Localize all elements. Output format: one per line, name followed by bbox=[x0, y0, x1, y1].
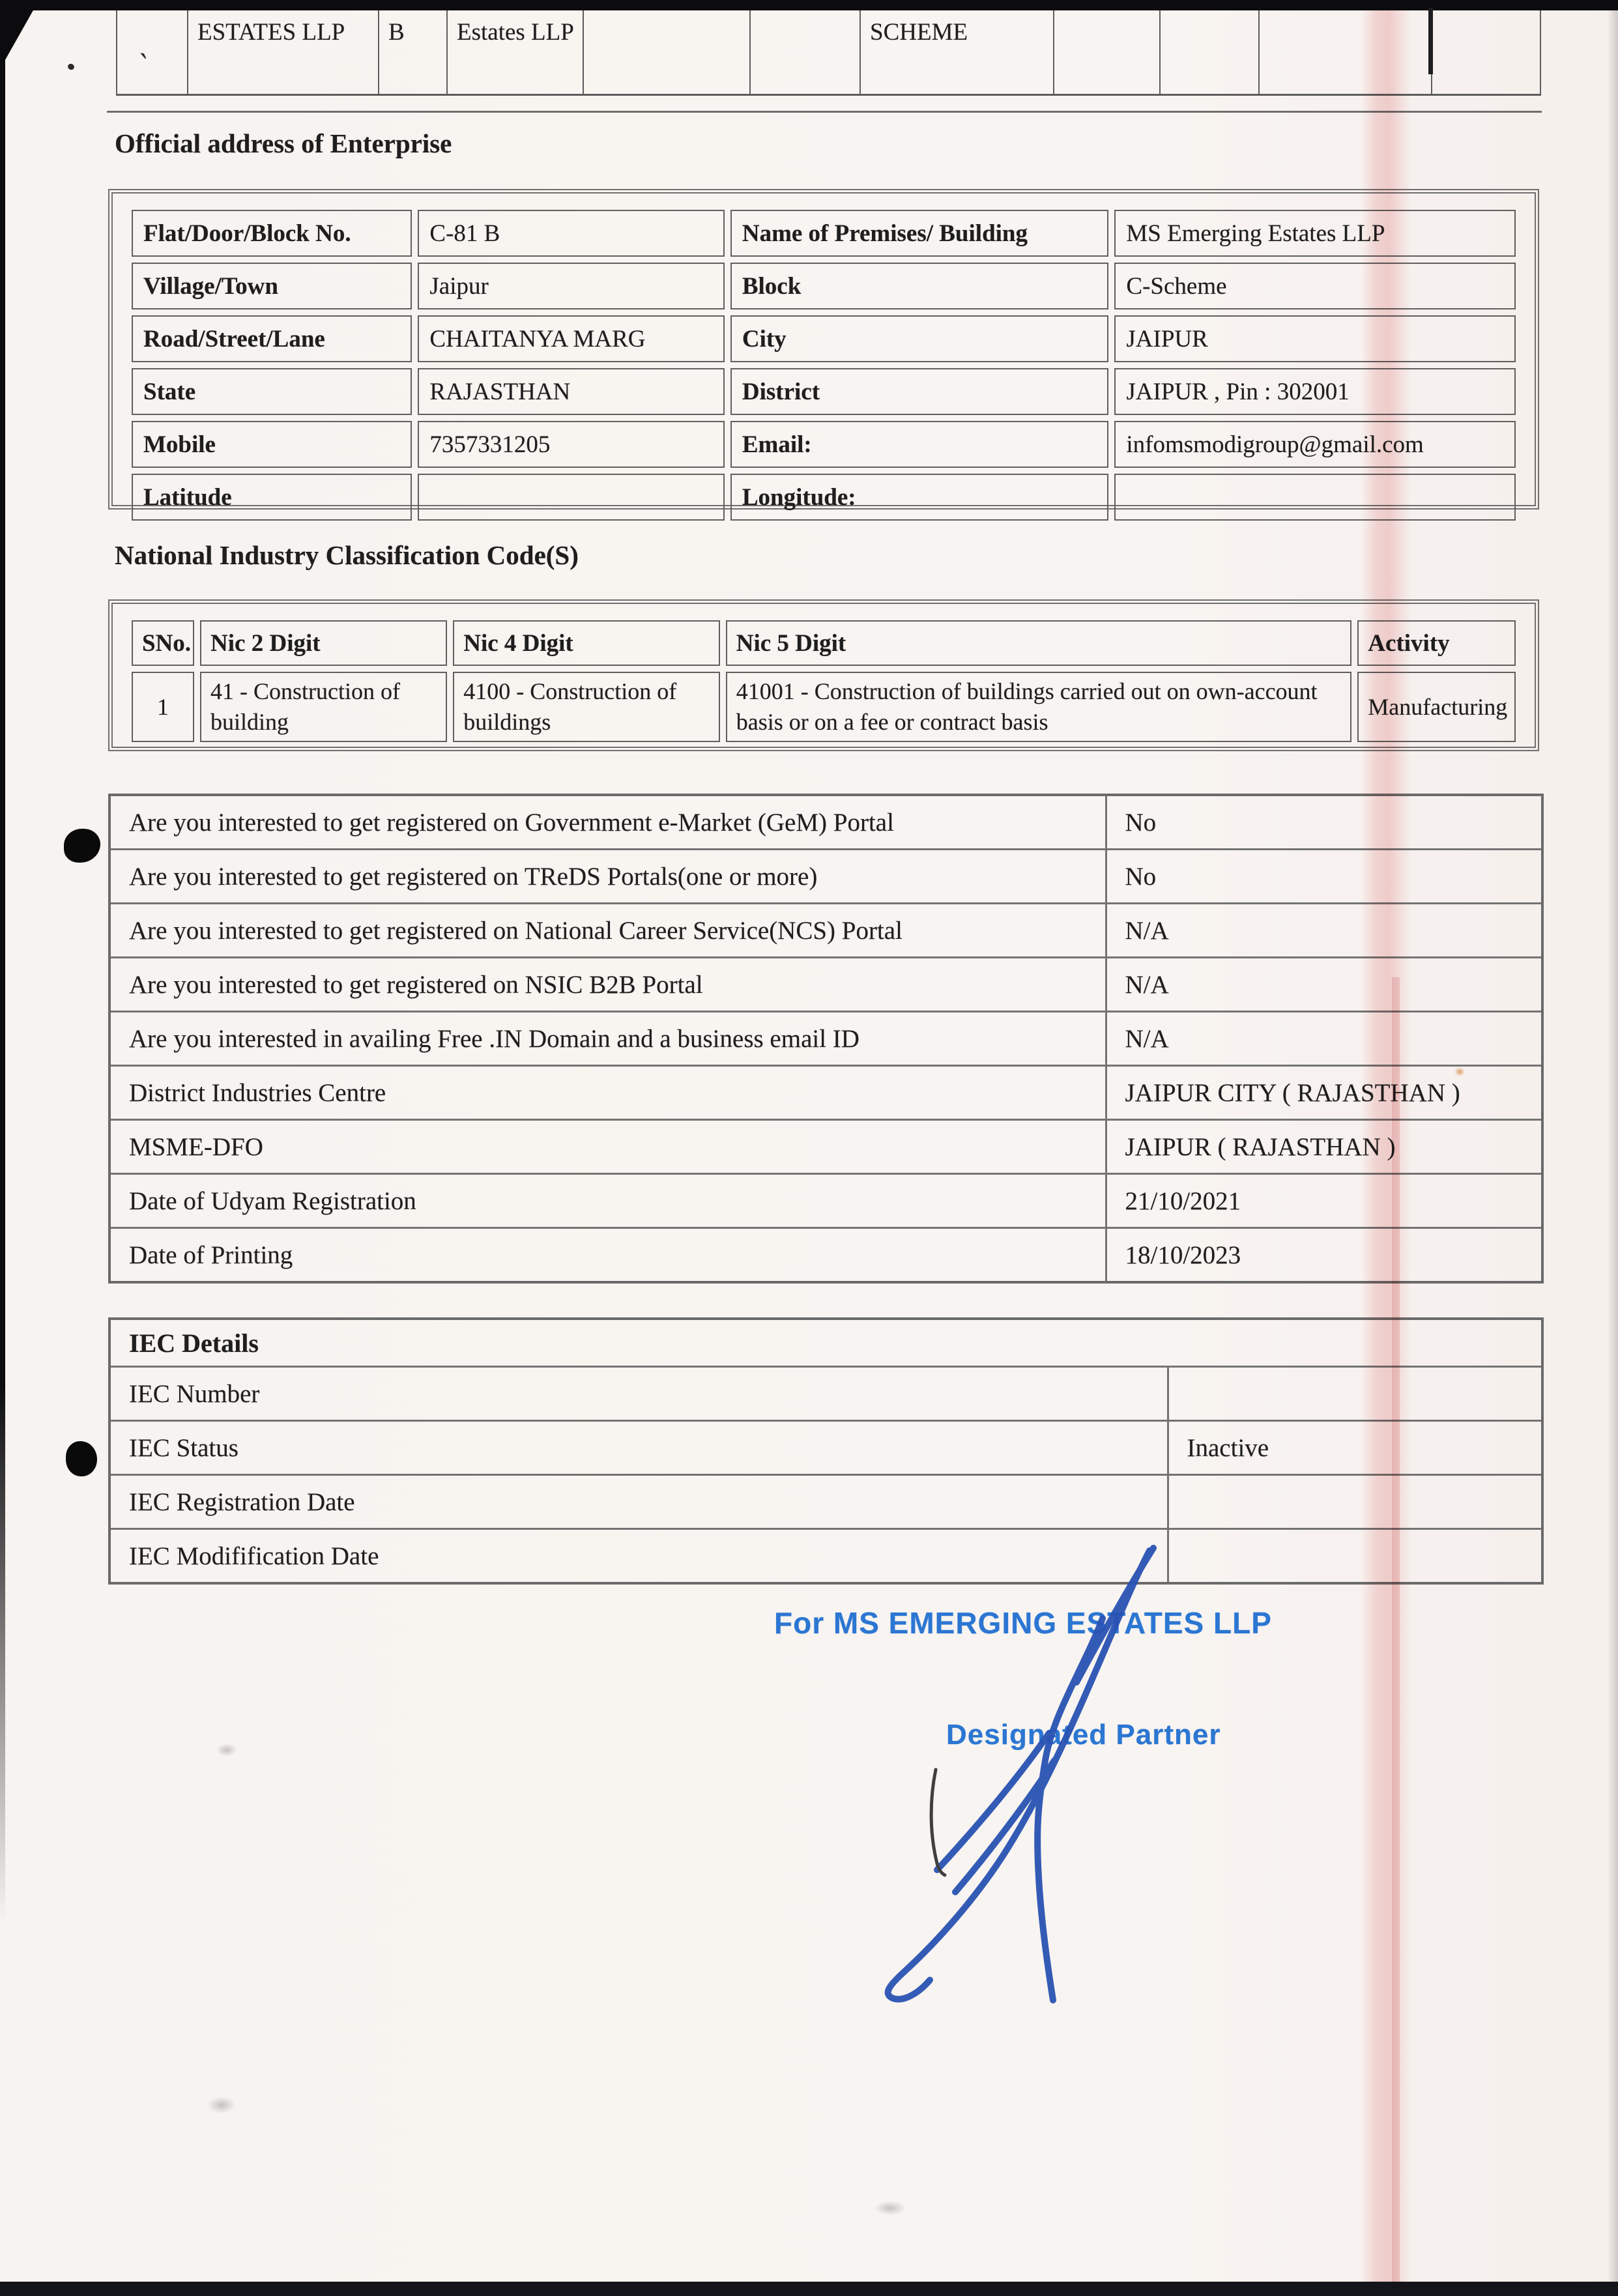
hole-punch bbox=[64, 829, 100, 863]
scanned-document-page: ` ESTATES LLP B Estates LLP SCHEME Offic… bbox=[0, 0, 1618, 2296]
question-row: Are you interested to get registered on … bbox=[109, 850, 1542, 904]
question-text: District Industries Centre bbox=[109, 1066, 1106, 1120]
answer-text: N/A bbox=[1106, 958, 1542, 1012]
question-text: Are you interested in availing Free .IN … bbox=[109, 1012, 1106, 1066]
nic-sno-cell: 1 bbox=[132, 672, 194, 742]
question-row: District Industries Centre JAIPUR CITY (… bbox=[109, 1066, 1542, 1120]
scan-edge-bottom bbox=[0, 2282, 1618, 2296]
hole-punch bbox=[66, 1441, 97, 1476]
address-value bbox=[1114, 474, 1516, 521]
nic-section-heading: National Industry Classification Code(S) bbox=[115, 539, 579, 571]
answer-text: No bbox=[1106, 795, 1542, 850]
top-table-cell: ESTATES LLP bbox=[188, 0, 379, 94]
iec-section-heading: IEC Details bbox=[109, 1319, 1542, 1367]
address-value: JAIPUR , Pin : 302001 bbox=[1114, 368, 1516, 415]
address-value: infomsmodigroup@gmail.com bbox=[1114, 421, 1516, 468]
question-text: Date of Udyam Registration bbox=[109, 1174, 1106, 1228]
signature-stroke bbox=[955, 1760, 1054, 1892]
answer-text: 21/10/2021 bbox=[1106, 1174, 1542, 1228]
iec-header-row: IEC Details bbox=[109, 1319, 1542, 1367]
nic-header-cell: SNo. bbox=[132, 620, 194, 666]
top-table-cell bbox=[750, 0, 860, 94]
address-label: District bbox=[730, 368, 1109, 415]
nic-header-cell: Nic 5 Digit bbox=[726, 620, 1352, 666]
question-row: Are you interested to get registered on … bbox=[109, 795, 1542, 850]
nic-table: SNo. Nic 2 Digit Nic 4 Digit Nic 5 Digit… bbox=[126, 614, 1522, 748]
address-label: Mobile bbox=[132, 421, 412, 468]
answer-text: No bbox=[1106, 850, 1542, 904]
top-table-cell bbox=[583, 0, 750, 94]
answer-text: N/A bbox=[1106, 1012, 1542, 1066]
iec-label: IEC Number bbox=[109, 1367, 1168, 1421]
address-label: Village/Town bbox=[132, 263, 412, 309]
question-row: Are you interested to get registered on … bbox=[109, 958, 1542, 1012]
top-table-cell: B bbox=[379, 0, 447, 94]
question-row: Are you interested in availing Free .IN … bbox=[109, 1012, 1542, 1066]
address-value: JAIPUR bbox=[1114, 315, 1516, 362]
iec-details-table: IEC Details IEC Number IEC Status Inacti… bbox=[108, 1317, 1544, 1585]
address-label: Longitude: bbox=[730, 474, 1109, 521]
top-table-cell bbox=[1160, 0, 1259, 94]
top-table-row: ` ESTATES LLP B Estates LLP SCHEME bbox=[117, 0, 1540, 94]
separator-line bbox=[107, 111, 1542, 113]
address-label: Name of Premises/ Building bbox=[730, 210, 1109, 257]
nic-2digit-cell: 41 - Construction of building bbox=[200, 672, 447, 742]
question-text: MSME-DFO bbox=[109, 1120, 1106, 1174]
iec-label: IEC Registration Date bbox=[109, 1475, 1168, 1529]
question-row: Are you interested to get registered on … bbox=[109, 904, 1542, 958]
iec-label: IEC Modifification Date bbox=[109, 1529, 1168, 1584]
address-label: City bbox=[730, 315, 1109, 362]
company-stamp-line: For MS EMERGING ESTATES LLP bbox=[774, 1605, 1272, 1641]
nic-header-cell: Activity bbox=[1357, 620, 1516, 666]
answer-text: N/A bbox=[1106, 904, 1542, 958]
question-row: MSME-DFO JAIPUR ( RAJASTHAN ) bbox=[109, 1120, 1542, 1174]
scan-smudge bbox=[874, 2201, 906, 2215]
designation-stamp-line: Designated Partner bbox=[946, 1719, 1221, 1751]
answer-text: JAIPUR ( RAJASTHAN ) bbox=[1106, 1120, 1542, 1174]
iec-row: IEC Status Inactive bbox=[109, 1421, 1542, 1475]
question-text: Are you interested to get registered on … bbox=[109, 850, 1106, 904]
question-text: Date of Printing bbox=[109, 1228, 1106, 1283]
address-label: Flat/Door/Block No. bbox=[132, 210, 412, 257]
scan-smudge bbox=[207, 2097, 236, 2114]
address-value: Jaipur bbox=[418, 263, 724, 309]
scan-edge-left bbox=[0, 0, 5, 1922]
iec-value: Inactive bbox=[1168, 1421, 1542, 1475]
scan-smudge bbox=[1454, 1067, 1465, 1076]
address-table: Flat/Door/Block No. C-81 B Name of Premi… bbox=[126, 204, 1522, 526]
address-row: State RAJASTHAN District JAIPUR , Pin : … bbox=[132, 368, 1516, 415]
iec-value bbox=[1168, 1475, 1542, 1529]
iec-row: IEC Modifification Date bbox=[109, 1529, 1542, 1584]
scan-speck bbox=[67, 63, 76, 70]
top-table-cell: SCHEME bbox=[860, 0, 1054, 94]
address-label: Block bbox=[730, 263, 1109, 309]
question-text: Are you interested to get registered on … bbox=[109, 958, 1106, 1012]
address-value: C-Scheme bbox=[1114, 263, 1516, 309]
address-row: Flat/Door/Block No. C-81 B Name of Premi… bbox=[132, 210, 1516, 257]
nic-header-row: SNo. Nic 2 Digit Nic 4 Digit Nic 5 Digit… bbox=[132, 620, 1516, 666]
address-label: Latitude bbox=[132, 474, 412, 521]
question-text: Are you interested to get registered on … bbox=[109, 904, 1106, 958]
top-table-cell bbox=[1432, 0, 1540, 94]
address-value bbox=[418, 474, 724, 521]
address-section-heading: Official address of Enterprise bbox=[115, 128, 452, 159]
address-value: CHAITANYA MARG bbox=[418, 315, 724, 362]
question-row: Date of Udyam Registration 21/10/2021 bbox=[109, 1174, 1542, 1228]
top-table-cell: ` bbox=[117, 0, 188, 94]
address-label: Road/Street/Lane bbox=[132, 315, 412, 362]
iec-value bbox=[1168, 1367, 1542, 1421]
address-value: 7357331205 bbox=[418, 421, 724, 468]
signature-pen-mark bbox=[931, 1770, 945, 1875]
scan-edge-right bbox=[1608, 0, 1618, 2296]
answer-text: JAIPUR CITY ( RAJASTHAN ) bbox=[1106, 1066, 1542, 1120]
iec-label: IEC Status bbox=[109, 1421, 1168, 1475]
address-section-box: Flat/Door/Block No. C-81 B Name of Premi… bbox=[108, 189, 1539, 509]
question-row: Date of Printing 18/10/2023 bbox=[109, 1228, 1542, 1283]
top-table-cell bbox=[1054, 0, 1160, 94]
question-text: Are you interested to get registered on … bbox=[109, 795, 1106, 850]
top-table-cell: Estates LLP bbox=[447, 0, 583, 94]
address-row: Road/Street/Lane CHAITANYA MARG City JAI… bbox=[132, 315, 1516, 362]
nic-header-cell: Nic 2 Digit bbox=[200, 620, 447, 666]
nic-4digit-cell: 4100 - Construction of buildings bbox=[453, 672, 720, 742]
signature-stroke bbox=[937, 1733, 1049, 1870]
address-value: C-81 B bbox=[418, 210, 724, 257]
address-row: Mobile 7357331205 Email: infomsmodigroup… bbox=[132, 421, 1516, 468]
top-table-cell bbox=[1259, 0, 1432, 94]
address-row: Village/Town Jaipur Block C-Scheme bbox=[132, 263, 1516, 309]
address-label: Email: bbox=[730, 421, 1109, 468]
nic-header-cell: Nic 4 Digit bbox=[453, 620, 720, 666]
top-table-fragment: ` ESTATES LLP B Estates LLP SCHEME bbox=[116, 0, 1541, 96]
stray-pen-mark: ` bbox=[134, 46, 151, 82]
iec-row: IEC Number bbox=[109, 1367, 1542, 1421]
nic-section-box: SNo. Nic 2 Digit Nic 4 Digit Nic 5 Digit… bbox=[108, 599, 1539, 751]
nic-activity-cell: Manufacturing bbox=[1357, 672, 1516, 742]
iec-row: IEC Registration Date bbox=[109, 1475, 1542, 1529]
signature-stroke bbox=[1037, 1618, 1103, 2000]
address-label: State bbox=[132, 368, 412, 415]
registration-info-table: Are you interested to get registered on … bbox=[108, 794, 1544, 1284]
scan-smudge bbox=[216, 1744, 237, 1757]
answer-text: 18/10/2023 bbox=[1106, 1228, 1542, 1283]
nic-data-row: 1 41 - Construction of building 4100 - C… bbox=[132, 672, 1516, 742]
iec-value bbox=[1168, 1529, 1542, 1584]
address-value: RAJASTHAN bbox=[418, 368, 724, 415]
scan-mark-topright bbox=[1428, 8, 1433, 74]
address-row: Latitude Longitude: bbox=[132, 474, 1516, 521]
nic-5digit-cell: 41001 - Construction of buildings carrie… bbox=[726, 672, 1352, 742]
scan-edge-top bbox=[0, 0, 1618, 10]
address-value: MS Emerging Estates LLP bbox=[1114, 210, 1516, 257]
